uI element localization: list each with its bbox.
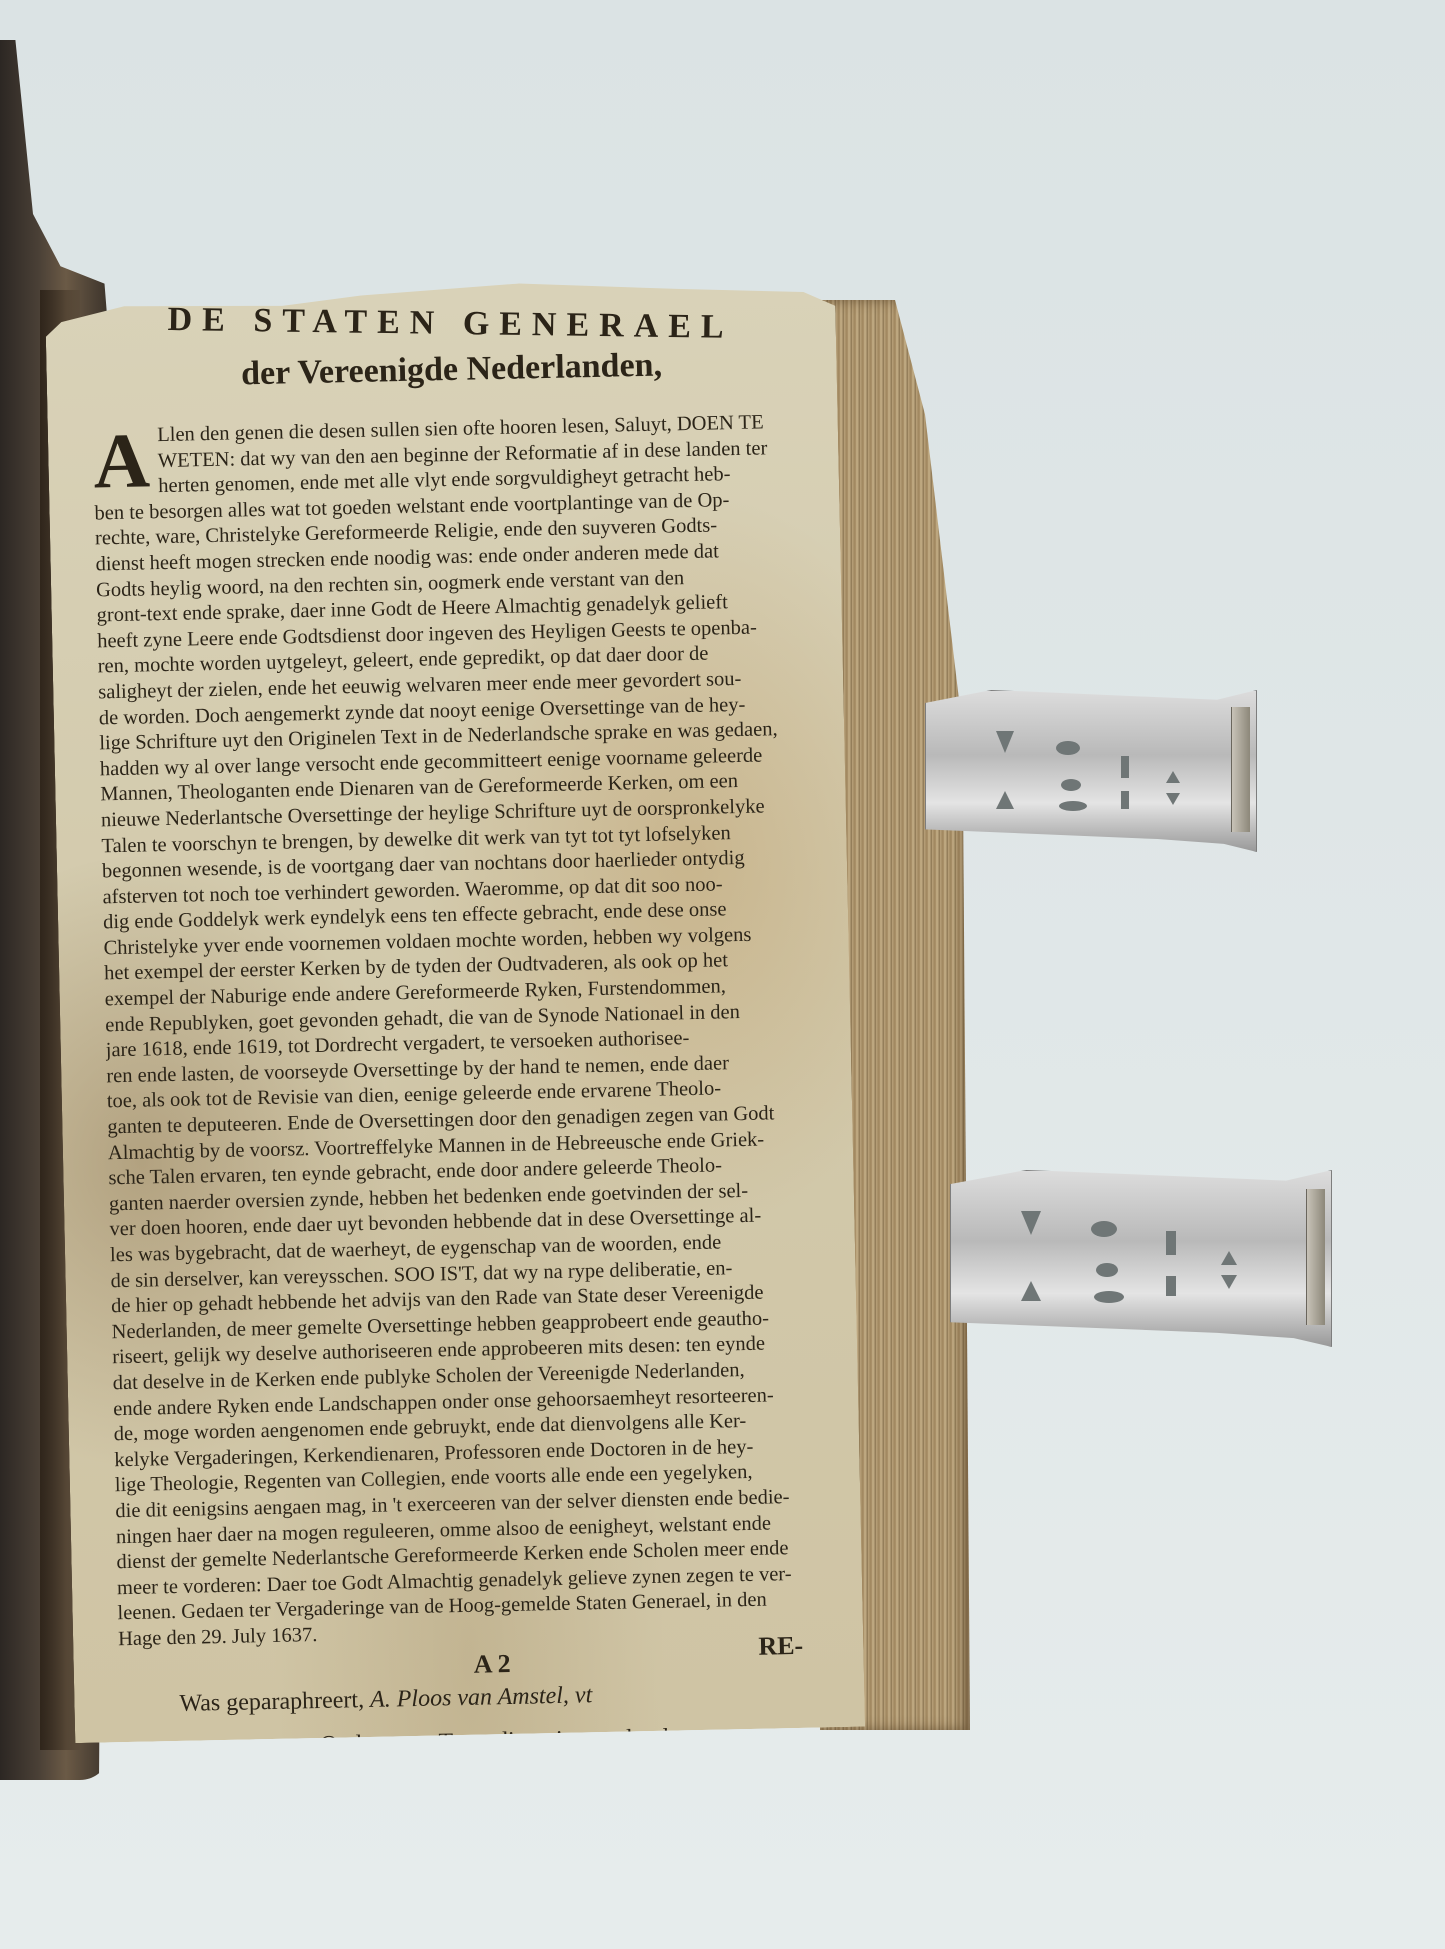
book-page: DE STATEN GENERAEL der Vereenigde Nederl… xyxy=(45,277,865,1743)
paraphed-name: A. Ploos van Amstel, vt xyxy=(370,1682,593,1713)
clasp-cutout xyxy=(1166,1231,1176,1255)
paraphed-label: Was geparaphreert, xyxy=(179,1687,364,1717)
clasp-cutout xyxy=(1221,1275,1237,1289)
signed-label: Geteekent, xyxy=(481,1770,585,1798)
page-heading-subtitle: der Vereenigde Nederlanden, xyxy=(91,343,812,396)
clasp-cutout xyxy=(1121,756,1129,778)
clasp-cutout xyxy=(1059,801,1087,811)
page-content: DE STATEN GENERAEL der Vereenigde Nederl… xyxy=(90,297,841,1814)
clasp-cutout xyxy=(1166,771,1180,783)
lower-silver-clasp xyxy=(950,1170,1332,1347)
clasp-hinge xyxy=(1306,1189,1325,1326)
page-heading-title: DE STATEN GENERAEL xyxy=(90,300,810,348)
clasp-cutout xyxy=(1021,1211,1041,1235)
signed-name: Cornelis Musch. xyxy=(590,1767,749,1796)
clasp-cutout xyxy=(1061,779,1081,791)
catchword: RE- xyxy=(758,1631,803,1662)
clasp-cutout xyxy=(996,791,1014,809)
clasp-hinge xyxy=(1231,707,1250,832)
clasp-cutout xyxy=(1166,793,1180,805)
clasp-cutout xyxy=(1221,1251,1237,1265)
clasp-cutout xyxy=(996,731,1014,753)
clasp-cutout xyxy=(1021,1281,1041,1301)
clasp-cutout xyxy=(1091,1221,1117,1237)
clasp-cutout xyxy=(1096,1263,1118,1277)
clasp-cutout xyxy=(1056,741,1080,755)
clasp-cutout xyxy=(1121,791,1129,809)
drop-cap-letter: A xyxy=(93,427,151,494)
signature-block: Was geparaphreert, A. Ploos van Amstel, … xyxy=(119,1668,842,1815)
preface-body: A Llen den genen die desen sullen sien o… xyxy=(93,409,839,1652)
signed-line: Geteekent, Cornelis Musch. xyxy=(121,1756,842,1815)
upper-silver-clasp xyxy=(925,690,1257,852)
clasp-cutout xyxy=(1166,1276,1176,1296)
signature-mark: A 2 xyxy=(473,1649,510,1680)
clasp-cutout xyxy=(1094,1291,1124,1303)
